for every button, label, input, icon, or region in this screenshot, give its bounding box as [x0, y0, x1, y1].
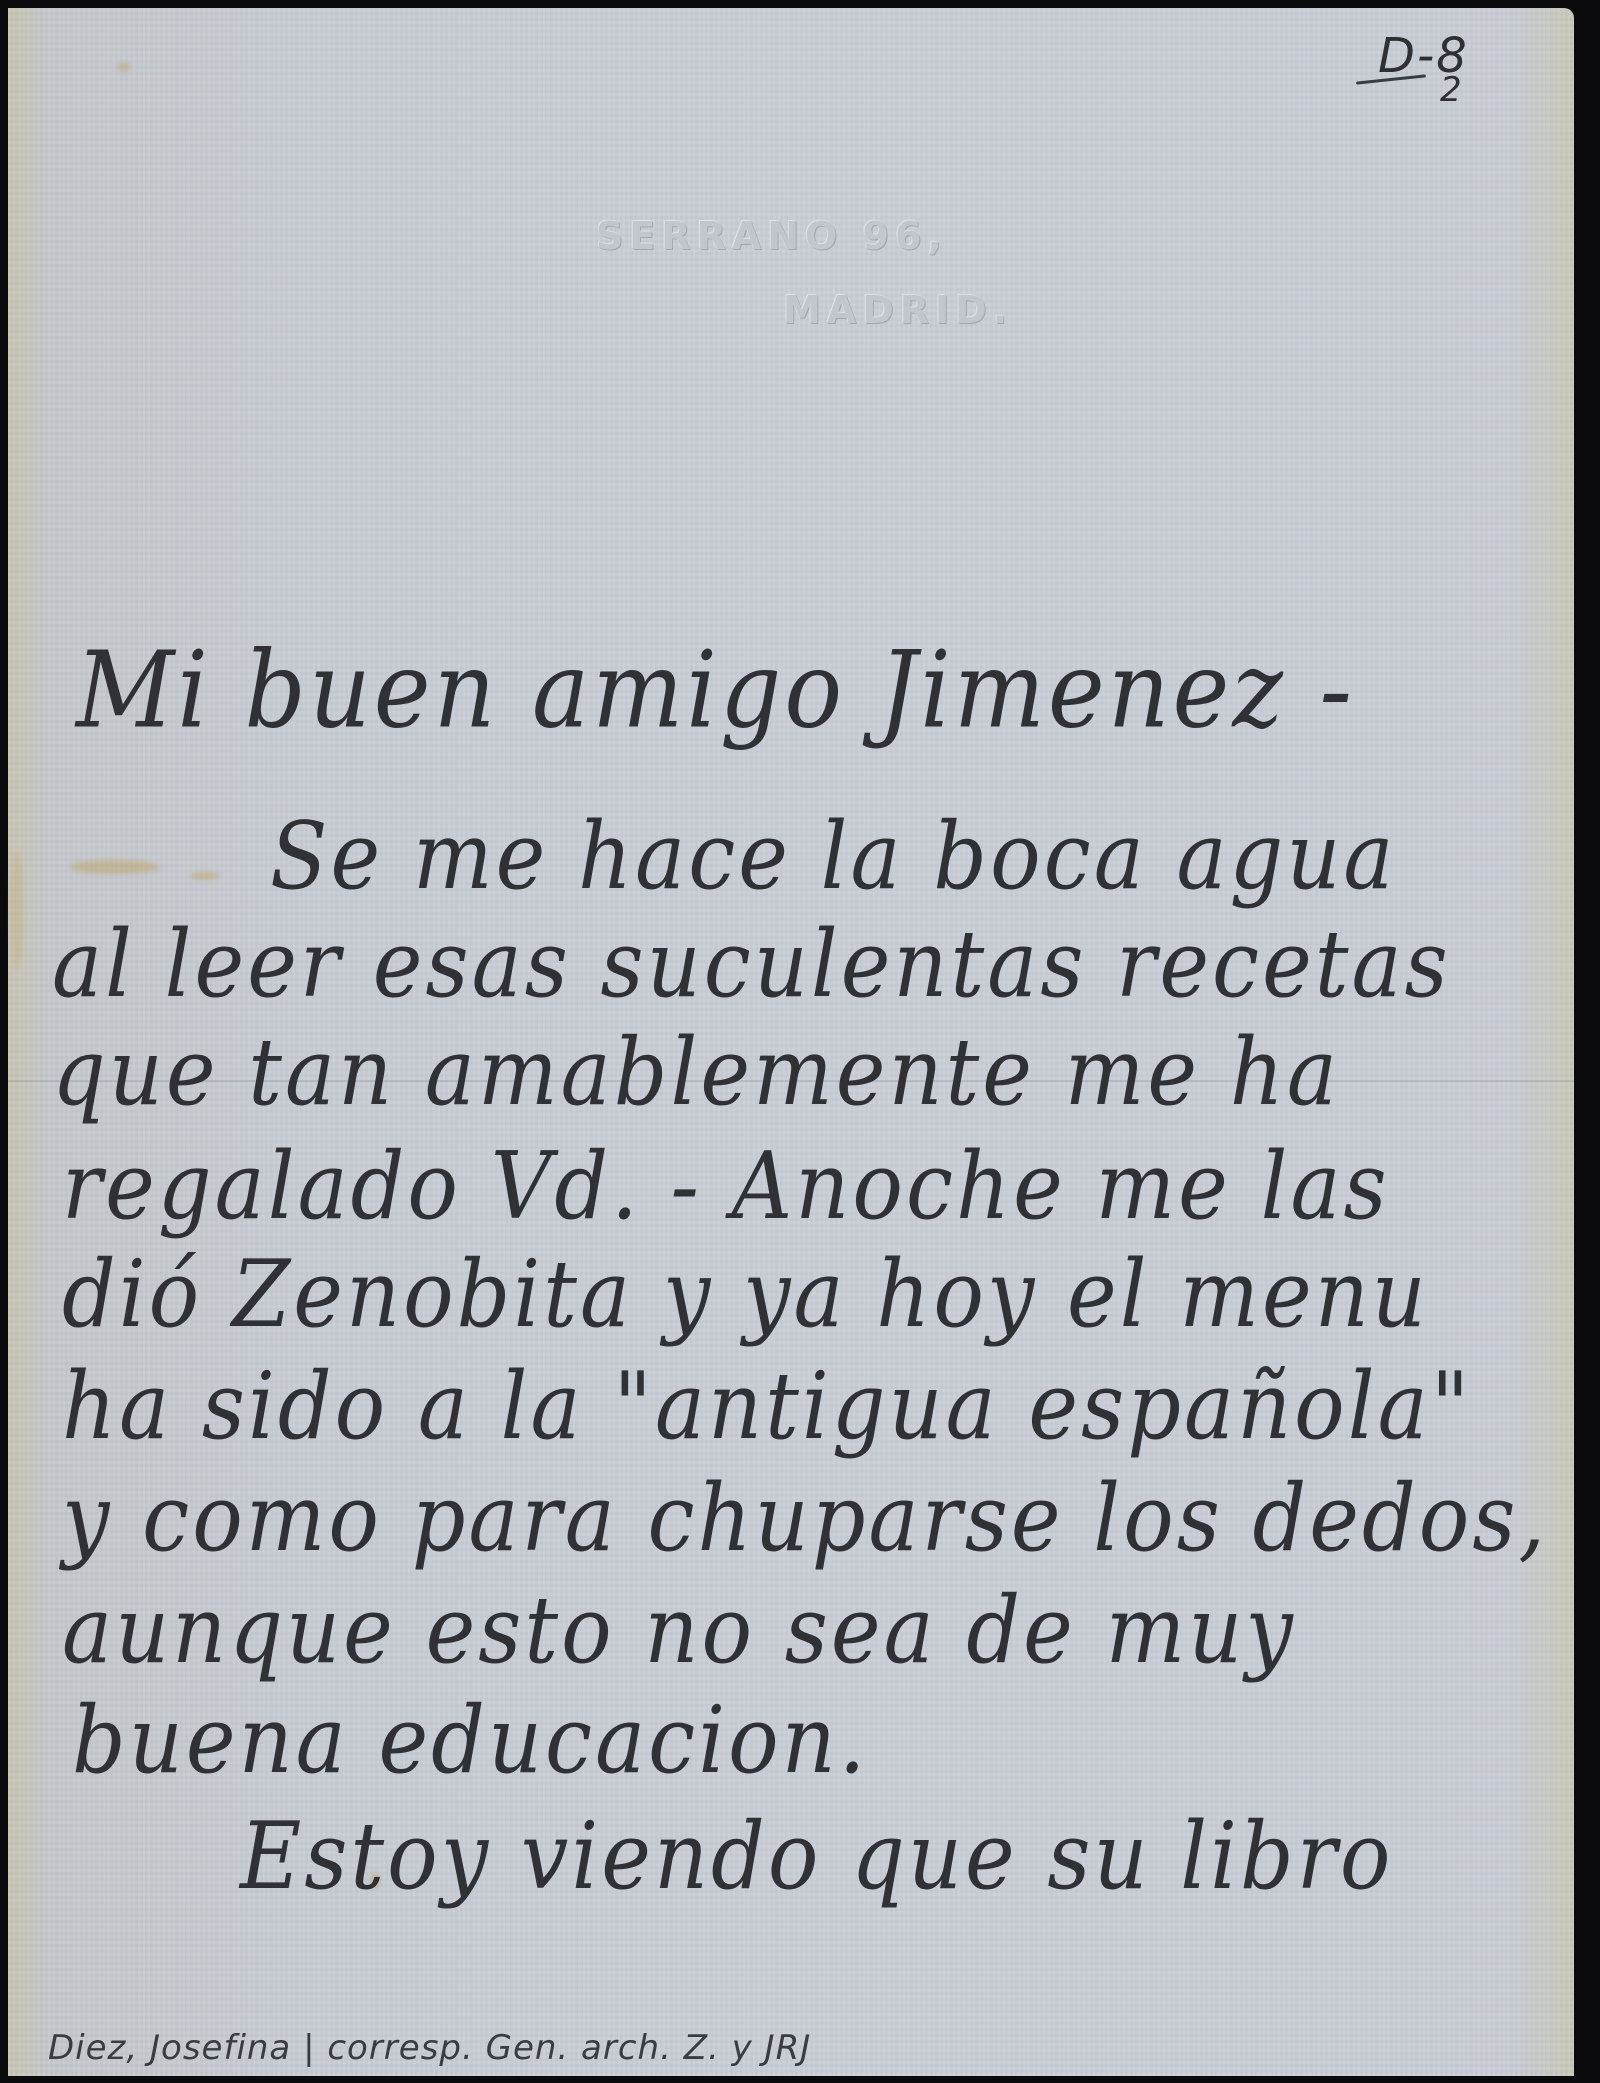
letter-body: Mi buen amigo Jimenez - Se me hace la bo…: [0, 0, 1600, 2083]
letter-line: buena educacion.: [72, 1686, 868, 1794]
catalog-note: Diez, Josefina | corresp. Gen. arch. Z. …: [48, 2028, 811, 2068]
letter-line: Se me hace la boca agua: [270, 802, 1397, 910]
letter-line: ha sido a la "antigua española": [62, 1352, 1472, 1460]
letter-line: aunque esto no sea de muy: [62, 1576, 1296, 1684]
letter-line: al leer esas suculentas recetas: [52, 910, 1451, 1018]
salutation-line: Mi buen amigo Jimenez -: [76, 629, 1355, 752]
letter-line: Estoy viendo que su libro: [240, 1802, 1394, 1910]
letter-line: regalado Vd. - Anoche me las: [62, 1132, 1390, 1240]
letter-line: dió Zenobita y ya hoy el menu: [62, 1240, 1429, 1348]
letter-line: que tan amablemente me ha: [52, 1018, 1340, 1126]
letter-line: y como para chuparse los dedos,: [62, 1464, 1548, 1572]
